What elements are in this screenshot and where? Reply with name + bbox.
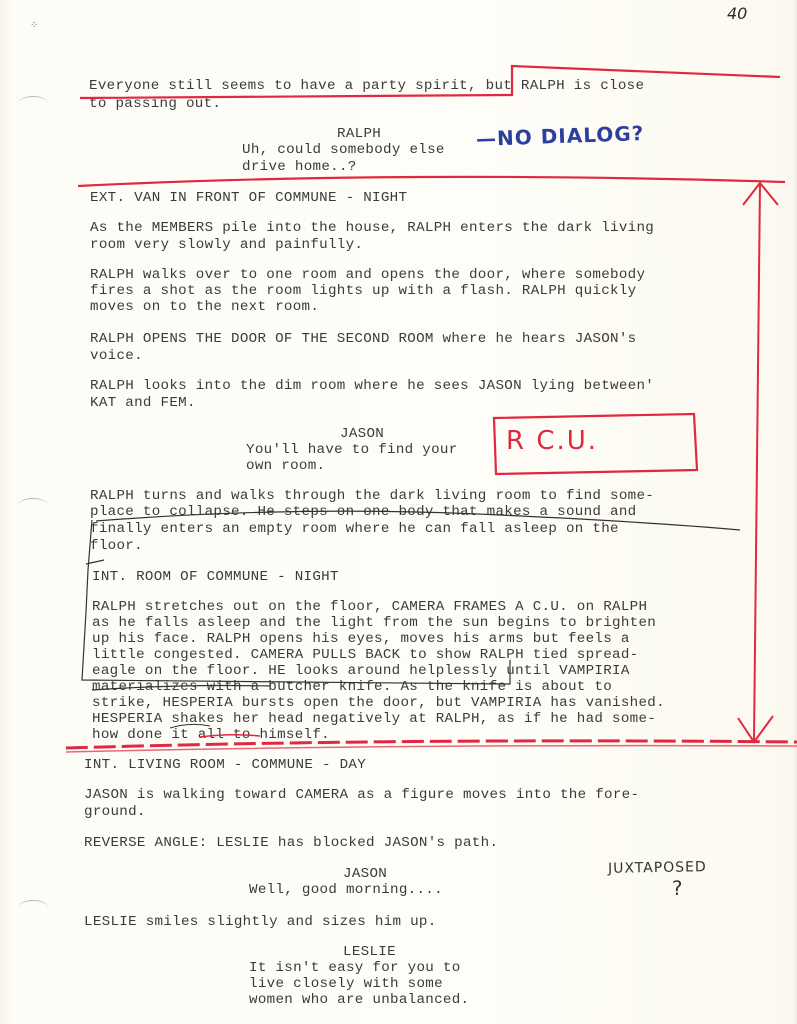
red-rcu-box xyxy=(494,414,697,474)
red-double-arrow xyxy=(754,183,760,740)
red-bracket-line xyxy=(80,66,780,98)
pencil-cross-line xyxy=(96,511,740,530)
pencil-strike xyxy=(92,686,270,691)
markup-overlay xyxy=(0,0,797,1024)
red-divider-line xyxy=(78,177,785,186)
pencil-bracket xyxy=(82,520,510,684)
